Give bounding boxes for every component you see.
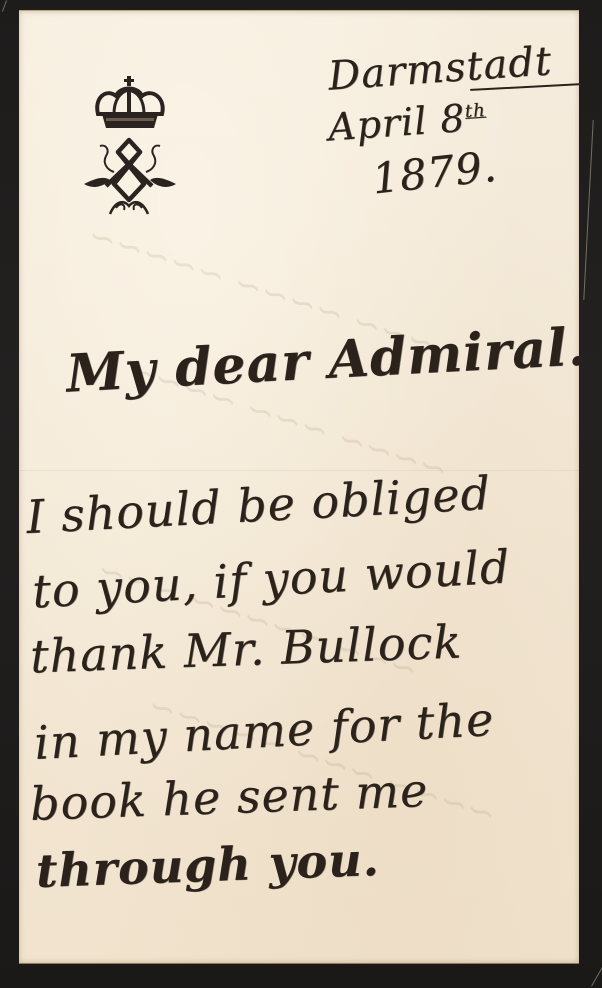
monogram-icon: [106, 140, 152, 200]
paper-fold-crease: [19, 470, 579, 471]
crown-monogram-icon: [80, 74, 180, 224]
royal-crest-icon: [80, 74, 180, 224]
crown-icon: [97, 76, 162, 128]
date-suffix: th: [464, 100, 486, 122]
monogram-flourish-icon: [84, 146, 176, 214]
